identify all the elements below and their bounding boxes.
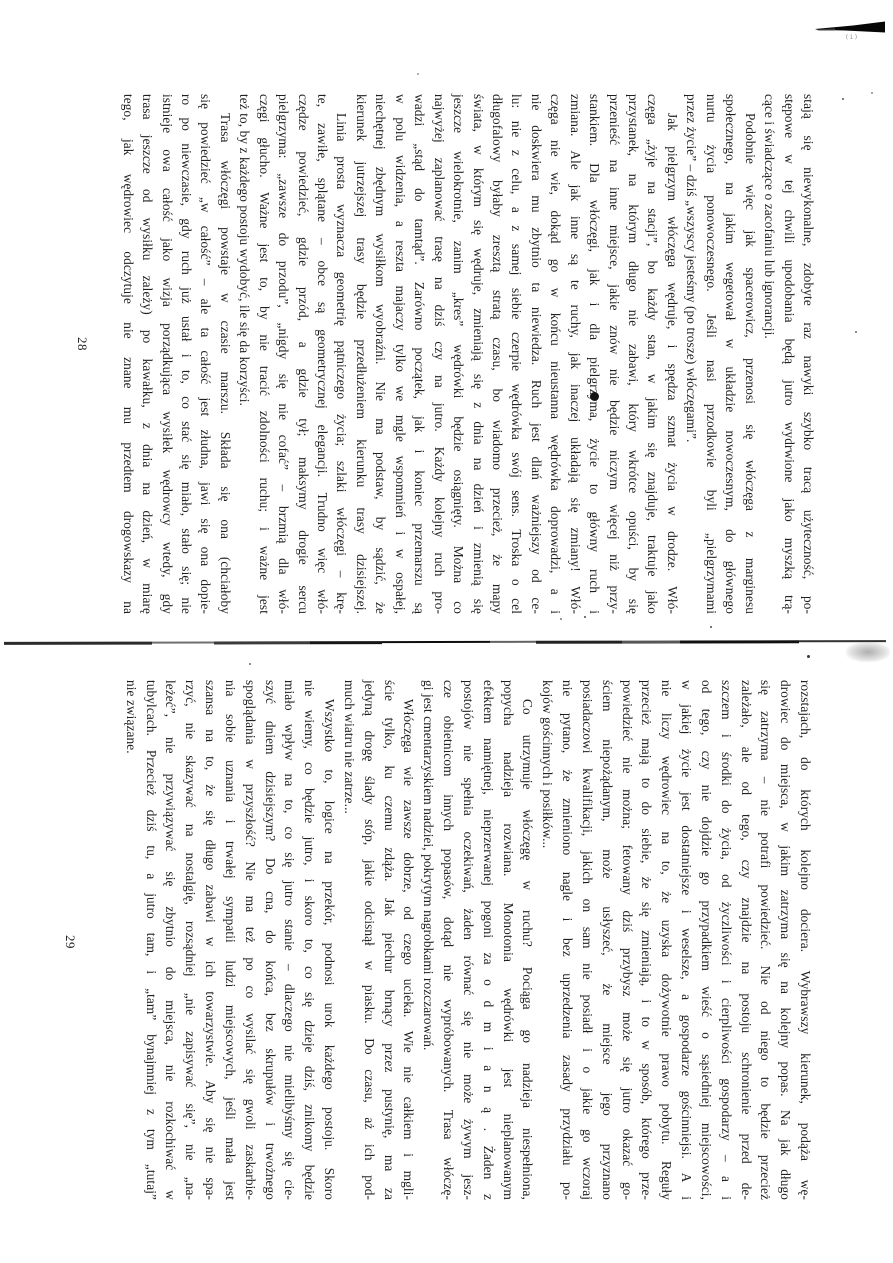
page-divider-line bbox=[4, 639, 886, 645]
text-line: nie wiemy, co będzie jutro, i skoro to, … bbox=[299, 680, 319, 1200]
text-line: te, zawiłe, splątane – obce są geometryc… bbox=[313, 94, 332, 614]
text-line: zależało, ale od tego, czy znajdzie na p… bbox=[736, 680, 756, 1200]
text-line: społecznego, na jakim wegetował w układz… bbox=[721, 94, 740, 614]
text-line: Podobnie więc jak spacerowicz, przenosi … bbox=[740, 94, 759, 614]
divider-segment bbox=[536, 640, 622, 643]
text-line: częga nie wie, dokąd go w końcu nieustan… bbox=[546, 94, 565, 614]
text-line: stankiem. Dla włóczęgi, jak i dla pielgr… bbox=[585, 94, 604, 614]
folio-29: 29 bbox=[60, 929, 80, 955]
folio-28: 28 bbox=[73, 331, 92, 357]
ink-speck bbox=[855, 331, 857, 333]
text-line: gi jest cmentarzyskiem nadziei, pokrytym… bbox=[418, 680, 438, 1200]
scan-smudge-artifact bbox=[846, 642, 890, 662]
text-line: zmiana. Ale jak inne są te ruchy, jak in… bbox=[565, 94, 584, 614]
ink-speck bbox=[417, 73, 419, 75]
wedge-small-mark: (i) bbox=[845, 34, 859, 41]
divider-segment bbox=[680, 640, 799, 643]
text-line: efektem namiętnej, nieprzerwanej pogoni … bbox=[478, 680, 498, 1200]
text-line: jedyną drogę ślady stóp, jakie odcisnął … bbox=[359, 680, 379, 1200]
divider-segment bbox=[214, 641, 310, 644]
text-line: posiadaczowi kwalifikacji, jakich on sam… bbox=[577, 680, 597, 1200]
text-line: Jak pielgrzym włóczęga wędruje, i spędza… bbox=[663, 94, 682, 614]
page-29-text: rozstajach, do których kolejno dociera. … bbox=[121, 680, 815, 1200]
text-line: ście tylko, ku czemu zdąża. Jak piechur … bbox=[379, 680, 399, 1200]
text-line: rzyć, nie skazywać na nostalgię, rozsądn… bbox=[181, 680, 201, 1200]
text-line: się zatrzyma – nie potrafi powiedzieć. N… bbox=[756, 680, 776, 1200]
text-line: leżeć”, nie przywiązywać się zbytnio do … bbox=[161, 680, 181, 1200]
text-line: przecież mają to do siebie, że się zmien… bbox=[637, 680, 657, 1200]
text-line: czędze powiedzieć, gdzie przód, a gdzie … bbox=[293, 94, 312, 614]
text-line: Wszystko to, logice na przekór, podnosi … bbox=[319, 680, 339, 1200]
divider-segment bbox=[490, 641, 536, 643]
text-line: się powiedzieć „w całość” – ale ta całoś… bbox=[196, 94, 215, 614]
text-line: nie związane. bbox=[121, 680, 141, 1200]
text-line: Trasa włóczęgi powstaje w czasie marszu.… bbox=[215, 94, 234, 614]
page-29: rozstajach, do których kolejno dociera. … bbox=[121, 680, 815, 1200]
text-line: postojów nie spełnia oczekiwań, żaden ró… bbox=[458, 680, 478, 1200]
text-line: długofalowy byłaby zresztą stratą czasu,… bbox=[488, 94, 507, 614]
text-line: nie liczy wędrowiec na to, że uzyska doż… bbox=[656, 680, 676, 1200]
text-line: nie doskwiera mu zbytnio ta niewiedza. R… bbox=[526, 94, 545, 614]
text-line: niechętnej zbędnym wysiłkom wyobraźni. N… bbox=[371, 94, 390, 614]
text-line: w polu widzenia, a reszta majaczy tylko … bbox=[390, 94, 409, 614]
page-28-text: stają się niewykonalne, zdobyte raz nawy… bbox=[118, 94, 818, 614]
ink-speck bbox=[590, 392, 599, 401]
ink-speck bbox=[584, 616, 586, 618]
text-line: much wiatru nie zatrze... bbox=[339, 680, 359, 1200]
text-line: drowiec do miejsca, w jakim zatrzyma się… bbox=[775, 680, 795, 1200]
text-line: przez życie” – dziś „wszyscy jesteśmy (p… bbox=[682, 94, 701, 614]
text-line: tubylcach. Przecież dziś tu, a jutro tam… bbox=[141, 680, 161, 1200]
ink-speck bbox=[710, 626, 712, 628]
text-line: trasa jeszcze od wysiłku zależy) po kawa… bbox=[138, 94, 157, 614]
text-line: przystanek, na którym długo nie zabawi, … bbox=[624, 94, 643, 614]
text-line: w jakiej życie jest dostatniejsze i wese… bbox=[676, 680, 696, 1200]
text-line: przenieść na inne miejsce, jakie znów ni… bbox=[604, 94, 623, 614]
text-line: nia sobie uznania i trwałej sympatii lud… bbox=[220, 680, 240, 1200]
text-line: Co utrzymuje włóczęgę w ruchu? Pociąga g… bbox=[518, 680, 538, 1200]
ink-speck bbox=[842, 98, 844, 100]
page-28: stają się niewykonalne, zdobyte raz nawy… bbox=[118, 94, 818, 614]
text-line: powiedzieć nie można; fetowany dziś przy… bbox=[617, 680, 637, 1200]
text-line: kierunek jutrzejszej trasy będzie przedł… bbox=[352, 94, 371, 614]
ink-speck bbox=[249, 663, 251, 665]
text-line: cące i świadczące o zacofaniu lub ignora… bbox=[760, 94, 779, 614]
divider-segment bbox=[382, 641, 490, 643]
text-line: ściem niepożądanym, może usłyszeć, że mi… bbox=[597, 680, 617, 1200]
text-line: częga „żyje na stacji”, bo każdy stan, w… bbox=[643, 94, 662, 614]
text-line: jeszcze wielokrotnie, zanim „kres” wędró… bbox=[449, 94, 468, 614]
text-line: stają się niewykonalne, zdobyte raz nawy… bbox=[799, 94, 818, 614]
divider-segment bbox=[310, 641, 382, 644]
divider-segment bbox=[622, 640, 680, 643]
ink-speck bbox=[560, 618, 562, 620]
text-line: cze obietnicom innych popasów, dotąd nie… bbox=[438, 680, 458, 1200]
text-line: kojów gościnnych i posiłków... bbox=[537, 680, 557, 1200]
text-line: istnieje owa całość jako wizja porządkuj… bbox=[157, 94, 176, 614]
text-line: nurtu życia ponowoczesnego. Jeśli nasi p… bbox=[701, 94, 720, 614]
divider-segment bbox=[4, 641, 152, 644]
text-line: szyć dniem dzisiejszym? Do cna, do końca… bbox=[260, 680, 280, 1200]
text-line: najwyżej zaplanować trasę na dziś czy na… bbox=[429, 94, 448, 614]
text-line: stępowe w tej chwili upodobania będą jut… bbox=[779, 94, 798, 614]
text-line: szansa na to, że się długo zabawi w ich … bbox=[200, 680, 220, 1200]
text-line: miało wpływ na to, co się jutro stanie –… bbox=[280, 680, 300, 1200]
scanned-page-spread: (i) stają się niewykonalne, zdobyte raz … bbox=[0, 0, 893, 1263]
divider-segment bbox=[152, 641, 214, 643]
text-line: wadzi „stąd do tamtąd”. Zarówno początek… bbox=[410, 94, 429, 614]
text-line: tego, jak wędrowiec odczytuje nie znane … bbox=[118, 94, 137, 614]
ink-speck bbox=[807, 655, 810, 658]
text-line: Linia prosta wyznacza geometrię pątnicze… bbox=[332, 94, 351, 614]
text-line: od tego, czy nie dojdzie go przypadkiem … bbox=[696, 680, 716, 1200]
text-line: ro po niewczasie, gdy ruch już ustał i t… bbox=[177, 94, 196, 614]
text-line: lu: nie z celu, a z samej siebie czerpie… bbox=[507, 94, 526, 614]
text-line: częgi głucho. Ważne jest to, by nie trac… bbox=[254, 94, 273, 614]
text-line: też to, by z każdego postoju wydobyć, il… bbox=[235, 94, 254, 614]
text-line: popycha nadzieja rozwiana. Monotonia węd… bbox=[498, 680, 518, 1200]
text-line: świata, w którym się wędruje, zmieniają … bbox=[468, 94, 487, 614]
text-line: Włóczęga wie zawsze dobrze, od czego uci… bbox=[399, 680, 419, 1200]
text-line: nie pytano, że zmieniono nagle i bez upr… bbox=[557, 680, 577, 1200]
text-line: spoglądania w przyszłość? Nie ma też po … bbox=[240, 680, 260, 1200]
text-line: szczem i środki do życia, od życzliwości… bbox=[716, 680, 736, 1200]
ink-speck bbox=[871, 92, 873, 94]
text-line: rozstajach, do których kolejno dociera. … bbox=[795, 680, 815, 1200]
text-line: pielgrzyma: „zawsze do przodu”, „nigdy s… bbox=[274, 94, 293, 614]
